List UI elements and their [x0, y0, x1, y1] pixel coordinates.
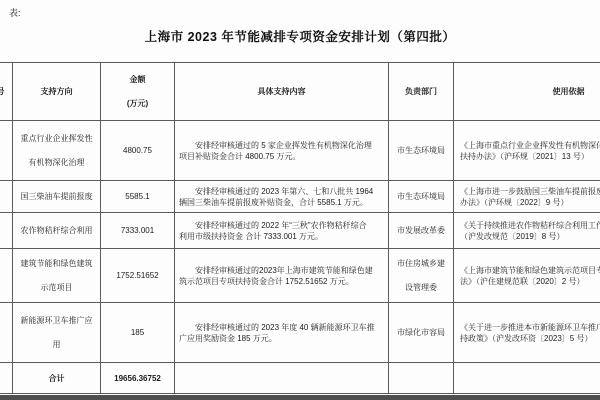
cell-content: 安排经审核通过的 5 家企业挥发性有机物深化治理 项目补贴资金合计 4800.7…: [175, 121, 389, 181]
cell-basis: 《关于进一步推进本市新能源环卫车推广应用扶 持政策》（沪发改环资〔2023〕5 …: [454, 303, 600, 363]
header-amount: 金额 (万元): [101, 63, 175, 121]
cell-amount: 185: [101, 303, 175, 363]
cell-amount: 5585.1: [101, 181, 175, 213]
cell-department: 市生态环境局: [389, 181, 454, 213]
table-caption-label: 表:: [9, 6, 21, 19]
cell-direction: 建筑节能和绿色建筑 示范项目: [13, 249, 101, 303]
cell-seq: [0, 303, 13, 363]
cell-seq: [0, 181, 13, 213]
cell-basis: 《上海市进一步鼓励国三柴油车提前报废管理 办法》（沪环规〔2022〕9 号）: [454, 181, 600, 213]
table-total-row: 合计 19656.36752: [0, 363, 600, 394]
total-amount: 19656.36752: [101, 363, 175, 394]
header-basis: 使用依据: [454, 63, 600, 121]
cell-basis: 《上海市重点行业企业挥发性有机物深化治理 扶持办法》（沪环规〔2021〕13 号…: [454, 121, 600, 181]
table-row: 重点行业企业挥发性 有机物深化治理 4800.75 安排经审核通过的 5 家企业…: [0, 121, 600, 181]
cell-seq: [0, 213, 13, 249]
cell-department: 市生态环境局: [389, 121, 454, 181]
document-page: 表: 上海市 2023 年节能减排专项资金安排计划（第四批） 序号 支持方向 金…: [0, 0, 600, 400]
table-header-row: 序号 支持方向 金额 (万元) 具体支持内容 负责部门 使用依据: [0, 63, 600, 121]
cell-content: 安排经审核通过的 2022 年“三秋”农作物秸秆综合 利用市级扶持资金 合计 7…: [175, 213, 389, 249]
fund-plan-table: 序号 支持方向 金额 (万元) 具体支持内容 负责部门 使用依据 重点行业企业挥…: [0, 62, 600, 394]
cell-direction: 新能源环卫车推广应 用: [13, 303, 101, 363]
cell-basis-empty: [454, 363, 600, 394]
table-row: 国三柴油车提前报废 5585.1 安排经审核通过的 2023 年第六、七和八批共…: [0, 181, 600, 213]
table-row: 新能源环卫车推广应 用 185 安排经审核通过的 2023 年度 40 辆新能源…: [0, 303, 600, 363]
page-bottom-edge: [0, 395, 600, 400]
cell-content-empty: [175, 363, 389, 394]
cell-department: 市绿化市容局: [389, 303, 454, 363]
header-seq: 序号: [0, 63, 13, 121]
table-row: 农作物秸秆综合利用 7333.001 安排经审核通过的 2022 年“三秋”农作…: [0, 213, 600, 249]
cell-direction: 重点行业企业挥发性 有机物深化治理: [13, 121, 101, 181]
header-department: 负责部门: [389, 63, 454, 121]
cell-content: 安排经审核通过的 2023 年第六、七和八批共 1964 辆国三柴油车提前报废补…: [175, 181, 389, 213]
cell-amount: 4800.75: [101, 121, 175, 181]
total-label: 合计: [13, 363, 101, 394]
cell-seq: [0, 363, 13, 394]
cell-seq: [0, 121, 13, 181]
cell-direction: 国三柴油车提前报废: [13, 181, 101, 213]
cell-direction: 农作物秸秆综合利用: [13, 213, 101, 249]
cell-content: 安排经审核通过的 2023 年度 40 辆新能源环卫车推 广应用奖励资金 185…: [175, 303, 389, 363]
cell-department: 市发展改革委: [389, 213, 454, 249]
cell-amount: 1752.51652: [101, 249, 175, 303]
cell-basis: 《关于持续推进农作物秸秆综合利用工作的通知》 （沪发改规范〔2019〕8 号）: [454, 213, 600, 249]
header-direction: 支持方向: [13, 63, 101, 121]
cell-basis: 《上海市建筑节能和绿色建筑示范项目专项扶持办 法》（沪住建规范联〔2020〕2 …: [454, 249, 600, 303]
cell-amount: 7333.001: [101, 213, 175, 249]
document-title: 上海市 2023 年节能减排专项资金安排计划（第四批）: [0, 27, 600, 45]
cell-content: 安排经审核通过的2023年上海市建筑节能和绿色建 筑示范项目专项扶持资金合计 1…: [175, 249, 389, 303]
cell-department: 市住房城乡建 设管理委: [389, 249, 454, 303]
table-row: 建筑节能和绿色建筑 示范项目 1752.51652 安排经审核通过的2023年上…: [0, 249, 600, 303]
cell-seq: [0, 249, 13, 303]
header-content: 具体支持内容: [175, 63, 389, 121]
cell-department-empty: [389, 363, 454, 394]
